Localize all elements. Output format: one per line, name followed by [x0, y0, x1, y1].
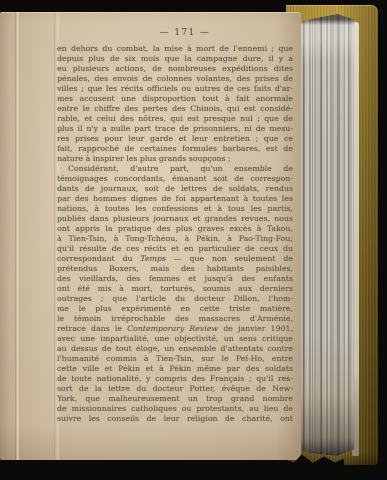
text-segment: qu'il résulte de ces récits et en partic… [57, 244, 293, 253]
text-segment: entre le chiffre des pertes des Chinois,… [57, 104, 293, 113]
text-segment: York, que malheureusement un trop grand … [57, 394, 293, 403]
text-line: publiés dans plusieurs journaux et grand… [57, 214, 293, 224]
text-line: mes accusent une disproportion tout à fa… [57, 94, 293, 104]
text-line: nature à inspirer les plus grands soupço… [57, 154, 293, 164]
text-segment: publiés dans plusieurs journaux et grand… [57, 214, 293, 223]
text-segment: des vieillards, des femmes et jusqu'à de… [57, 274, 293, 283]
text-line: depuis plus de six mois que la campagne … [57, 54, 293, 64]
page-number: — 171 — [67, 28, 303, 38]
text-line: pénales, des envois de colonnes volantes… [57, 74, 293, 84]
page-crease [15, 12, 20, 460]
text-line: fait, rapproché de certaines formules ba… [57, 144, 293, 154]
text-line: retrace dans le Contemporary Review de j… [57, 324, 293, 334]
text-segment: — que non seulement de [166, 254, 293, 263]
text-segment: ont été mis à mort, torturés, soumis aux… [57, 284, 293, 293]
text-line: sort de la lettre du docteur Potter, évê… [57, 384, 293, 394]
text-segment: pénales, des envois de colonnes volantes… [57, 74, 293, 83]
text-segment: retrace dans le [57, 324, 127, 333]
text-segment: le témoin irréprochable des massacres d'… [57, 314, 293, 323]
text-segment: mes accusent une disproportion tout à fa… [57, 94, 293, 103]
text-segment: outrages ; que l'article du docteur Dill… [57, 294, 293, 303]
text-segment: eu plusieurs actions, de nombreuses expé… [57, 64, 293, 73]
text-line: témoignages concordants, émanant soit de… [57, 174, 293, 184]
text-segment: Considérant, d'autre part, qu'un ensembl… [68, 164, 293, 173]
text-segment: ont appris la pratique des plus graves e… [57, 224, 293, 233]
text-segment: fait, rapproché de certaines formules ba… [57, 144, 293, 153]
text-segment: me le plus expérimenté en cette triste m… [57, 304, 293, 313]
text-segment: par des hommes dignes de foi appartenant… [57, 194, 293, 203]
text-segment: res prises pour leur garde et leur entre… [57, 134, 293, 143]
text-segment: rable, et celui des nôtres, qui est pres… [57, 114, 293, 123]
text-segment: avec une impartialité, une objectivité, … [57, 334, 293, 343]
text-segment: de toute nationalité, y compris des Fran… [57, 374, 293, 383]
text-line: l'humanité commis à Tien-Tsin, sur le Pe… [57, 354, 293, 364]
text-segment: prétendus Boxers, mais des habitants pai… [57, 264, 293, 273]
text-line: correspondant du Temps — que non seuleme… [57, 254, 293, 264]
text-line: outrages ; que l'article du docteur Dill… [57, 294, 293, 304]
text-segment: villes ; que les récits officiels ou aut… [57, 84, 293, 93]
text-line: de toute nationalité, y compris des Fran… [57, 374, 293, 384]
book-page: — 171 — en dehors du combat, la mise à m… [0, 12, 301, 460]
text-line: plus il n'y a nulle part trace de prison… [57, 124, 293, 134]
text-line: dants de journaux, soit de lettres de so… [57, 184, 293, 194]
page-fore-edge [294, 14, 354, 456]
text-segment: de missionnaires catholiques ou protesta… [57, 404, 293, 413]
text-line: qu'il résulte de ces récits et en partic… [57, 244, 293, 254]
text-line: à Tien-Tsin, à Tong-Tchéou, à Pékin, à P… [57, 234, 293, 244]
text-line: res prises pour leur garde et leur entre… [57, 134, 293, 144]
italic-text: Contemporary Review [127, 324, 218, 333]
text-line: nations, à toutes les confessions et à t… [57, 204, 293, 214]
italic-text: Temps [140, 254, 166, 263]
text-line: en dehors du combat, la mise à mort de l… [57, 44, 293, 54]
text-line: des vieillards, des femmes et jusqu'à de… [57, 274, 293, 284]
text-segment: cette ville et Pékin et à Pékin même par… [57, 364, 293, 373]
text-line: par des hommes dignes de foi appartenant… [57, 194, 293, 204]
text-line: ont appris la pratique des plus graves e… [57, 224, 293, 234]
text-segment: témoignages concordants, émanant soit de… [57, 174, 293, 183]
text-segment: en dehors du combat, la mise à mort de l… [57, 44, 293, 53]
text-segment: plus il n'y a nulle part trace de prison… [57, 124, 293, 133]
text-line: entre le chiffre des pertes des Chinois,… [57, 104, 293, 114]
text-line: au dessus de tout éloge, un ensemble d'a… [57, 344, 293, 354]
page-text: en dehors du combat, la mise à mort de l… [57, 44, 293, 424]
text-line: Considérant, d'autre part, qu'un ensembl… [57, 164, 293, 174]
text-line: villes ; que les récits officiels ou aut… [57, 84, 293, 94]
text-line: avec une impartialité, une objectivité, … [57, 334, 293, 344]
text-line: de missionnaires catholiques ou protesta… [57, 404, 293, 414]
text-line: eu plusieurs actions, de nombreuses expé… [57, 64, 293, 74]
text-segment: au dessus de tout éloge, un ensemble d'a… [57, 344, 293, 353]
book-photo: — 171 — en dehors du combat, la mise à m… [0, 0, 387, 480]
text-line: suivre les conseils de leur religion de … [57, 414, 293, 424]
text-line: me le plus expérimenté en cette triste m… [57, 304, 293, 314]
text-line: le témoin irréprochable des massacres d'… [57, 314, 293, 324]
text-segment: dants de journaux, soit de lettres de so… [57, 184, 293, 193]
text-segment: suivre les conseils de leur religion de … [57, 414, 293, 423]
text-line: cette ville et Pékin et à Pékin même par… [57, 364, 293, 374]
text-segment: nations, à toutes les confessions et à t… [57, 204, 293, 213]
text-segment: à Tien-Tsin, à Tong-Tchéou, à Pékin, à P… [57, 234, 293, 243]
text-segment: depuis plus de six mois que la campagne … [57, 54, 293, 63]
text-segment: l'humanité commis à Tien-Tsin, sur le Pe… [57, 354, 293, 363]
text-segment: nature à inspirer les plus grands soupço… [57, 154, 231, 163]
text-line: York, que malheureusement un trop grand … [57, 394, 293, 404]
text-line: rable, et celui des nôtres, qui est pres… [57, 114, 293, 124]
text-segment: de janvier 1901, [218, 324, 293, 333]
text-line: prétendus Boxers, mais des habitants pai… [57, 264, 293, 274]
text-segment: correspondant du [57, 254, 140, 263]
text-segment: sort de la lettre du docteur Potter, évê… [57, 384, 293, 393]
text-line: ont été mis à mort, torturés, soumis aux… [57, 284, 293, 294]
